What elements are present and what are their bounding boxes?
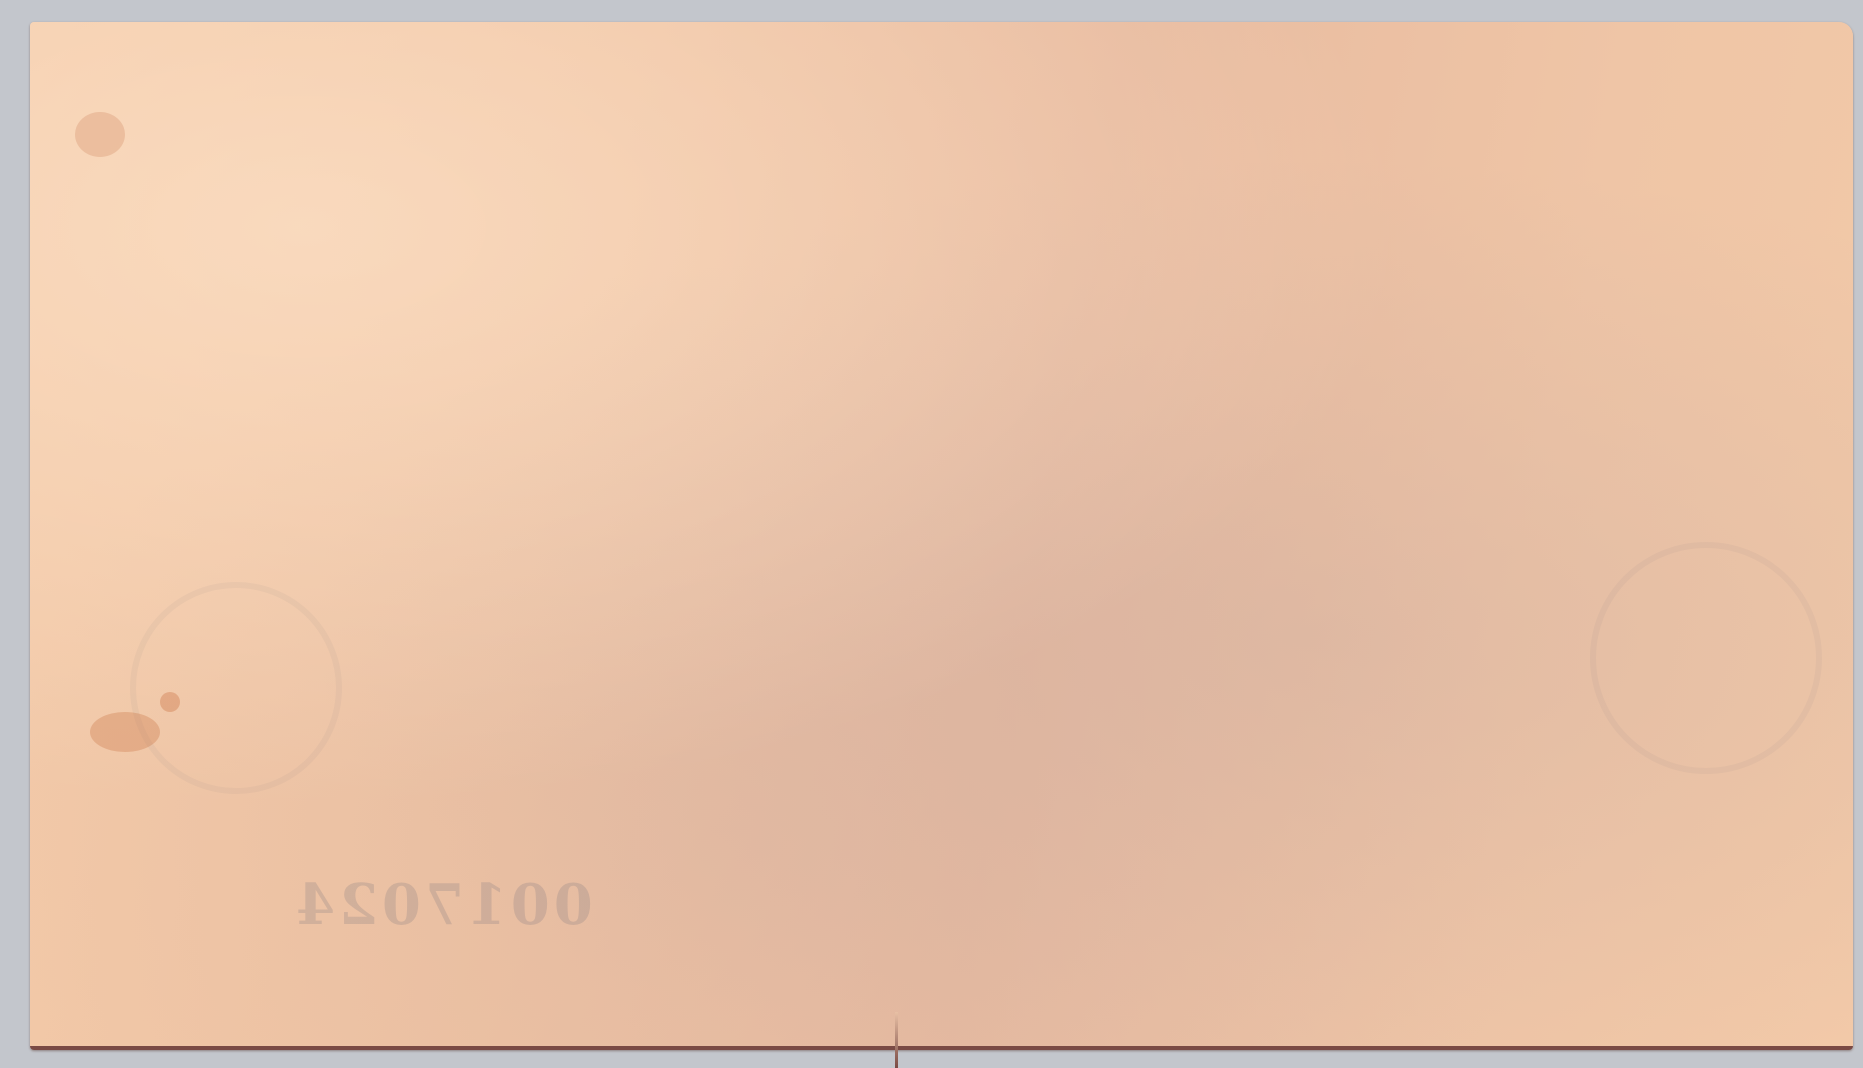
stain-top-left bbox=[75, 112, 125, 157]
edge-tear bbox=[895, 1012, 898, 1068]
serial-number-mirrored: 0017024 bbox=[292, 872, 593, 938]
right-seal-showthrough bbox=[1590, 542, 1822, 774]
left-seal-showthrough bbox=[130, 582, 342, 794]
banknote-reverse: 0017024 bbox=[30, 22, 1853, 1050]
stain-bottom-left bbox=[90, 712, 160, 752]
stain-bottom-left-2 bbox=[160, 692, 180, 712]
